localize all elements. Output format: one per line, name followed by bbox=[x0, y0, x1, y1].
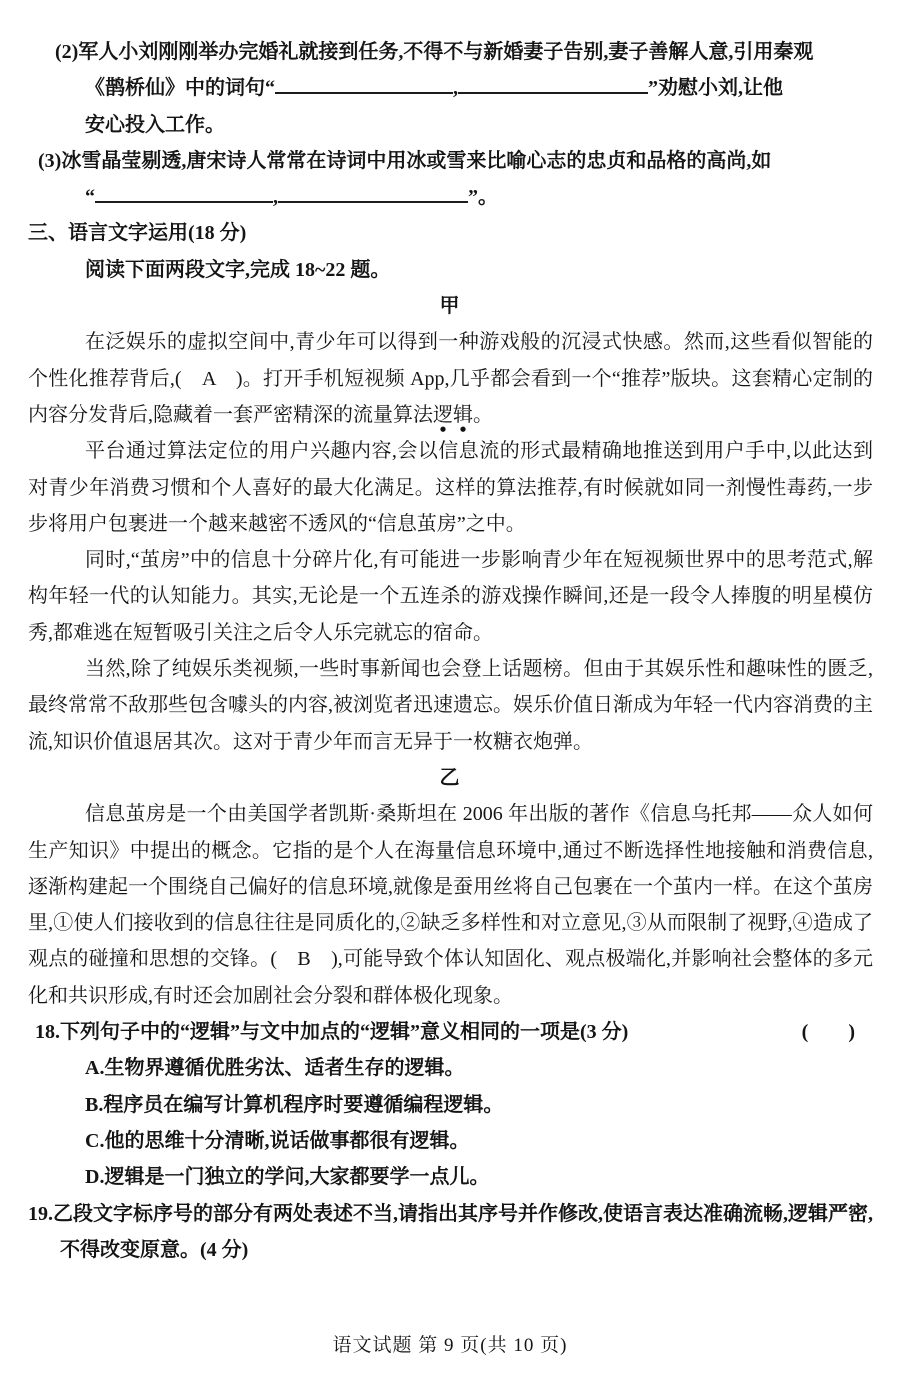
question-18-option-b: B.程序员在编写计算机程序时要遵循编程逻辑。 bbox=[28, 1087, 873, 1123]
completion-item2-line2: 《鹊桥仙》中的词句“,”劝慰小刘,让他 bbox=[28, 70, 873, 106]
question-18-option-d: D.逻辑是一门独立的学问,大家都要学一点儿。 bbox=[28, 1159, 873, 1195]
passage-jia-label: 甲 bbox=[28, 288, 873, 324]
item3-quote-close: ”。 bbox=[468, 186, 498, 208]
answer-blank-underline bbox=[278, 198, 468, 203]
item3-blank-comma: , bbox=[273, 186, 278, 208]
question-18: 18.下列句子中的“逻辑”与文中加点的“逻辑”意义相同的一项是(3 分) ( ) bbox=[28, 1014, 873, 1050]
answer-blank-underline bbox=[458, 89, 648, 94]
completion-item3-line1: (3)冰雪晶莹剔透,唐宋诗人常常在诗词中用冰或雪来比喻心志的忠贞和品格的高尚,如 bbox=[28, 143, 873, 179]
passage-jia-paragraph2: 平台通过算法定位的用户兴趣内容,会以信息流的形式最精确地推送到用户手中,以此达到… bbox=[28, 433, 873, 542]
completion-item2-line1: (2)军人小刘刚刚举办完婚礼就接到任务,不得不与新婚妻子告别,妻子善解人意,引用… bbox=[28, 34, 873, 70]
passage-yi-paragraph1: 信息茧房是一个由美国学者凯斯·桑斯坦在 2006 年出版的著作《信息乌托邦——众… bbox=[28, 796, 873, 1014]
passage-yi-label: 乙 bbox=[28, 760, 873, 796]
passage-jia-paragraph1: 在泛娱乐的虚拟空间中,青少年可以得到一种游戏般的沉浸式快感。然而,这些看似智能的… bbox=[28, 324, 873, 433]
item3-quote-open: “ bbox=[85, 186, 95, 208]
jia-p1-period: 。 bbox=[473, 404, 493, 426]
page-footer: 语文试题 第 9 页(共 10 页) bbox=[0, 1330, 900, 1357]
question-18-answer-bracket: ( ) bbox=[802, 1014, 855, 1050]
exam-paper-page: { "page": { "footer": "语文试题 第 9 页(共 10 页… bbox=[0, 0, 900, 1396]
question-18-option-a: A.生物界遵循优胜劣汰、适者生存的逻辑。 bbox=[28, 1050, 873, 1086]
answer-blank-underline bbox=[275, 89, 453, 94]
emphasized-word-luoji: 逻辑 bbox=[433, 404, 473, 433]
completion-item2-line3: 安心投入工作。 bbox=[28, 107, 873, 143]
question-18-stem: 18.下列句子中的“逻辑”与文中加点的“逻辑”意义相同的一项是(3 分) bbox=[28, 1014, 628, 1050]
item2-quote-prefix: 《鹊桥仙》中的词句“ bbox=[85, 77, 275, 99]
question-19: 19.乙段文字标序号的部分有两处表述不当,请指出其序号并作修改,使语言表达准确流… bbox=[28, 1196, 873, 1269]
answer-blank-underline bbox=[95, 198, 273, 203]
section-intro: 阅读下面两段文字,完成 18~22 题。 bbox=[28, 252, 873, 288]
completion-item3-line2: “,”。 bbox=[28, 179, 873, 215]
item2-quote-suffix: ”劝慰小刘,让他 bbox=[648, 77, 783, 99]
passage-jia-paragraph3: 同时,“茧房”中的信息十分碎片化,有可能进一步影响青少年在短视频世界中的思考范式… bbox=[28, 542, 873, 651]
item2-blank-comma: , bbox=[453, 77, 458, 99]
section-heading: 三、语言文字运用(18 分) bbox=[28, 215, 873, 251]
question-18-option-c: C.他的思维十分清晰,说话做事都很有逻辑。 bbox=[28, 1123, 873, 1159]
page-body: (2)军人小刘刚刚举办完婚礼就接到任务,不得不与新婚妻子告别,妻子善解人意,引用… bbox=[28, 34, 873, 1268]
passage-jia-paragraph4: 当然,除了纯娱乐类视频,一些时事新闻也会登上话题榜。但由于其娱乐性和趣味性的匮乏… bbox=[28, 651, 873, 760]
